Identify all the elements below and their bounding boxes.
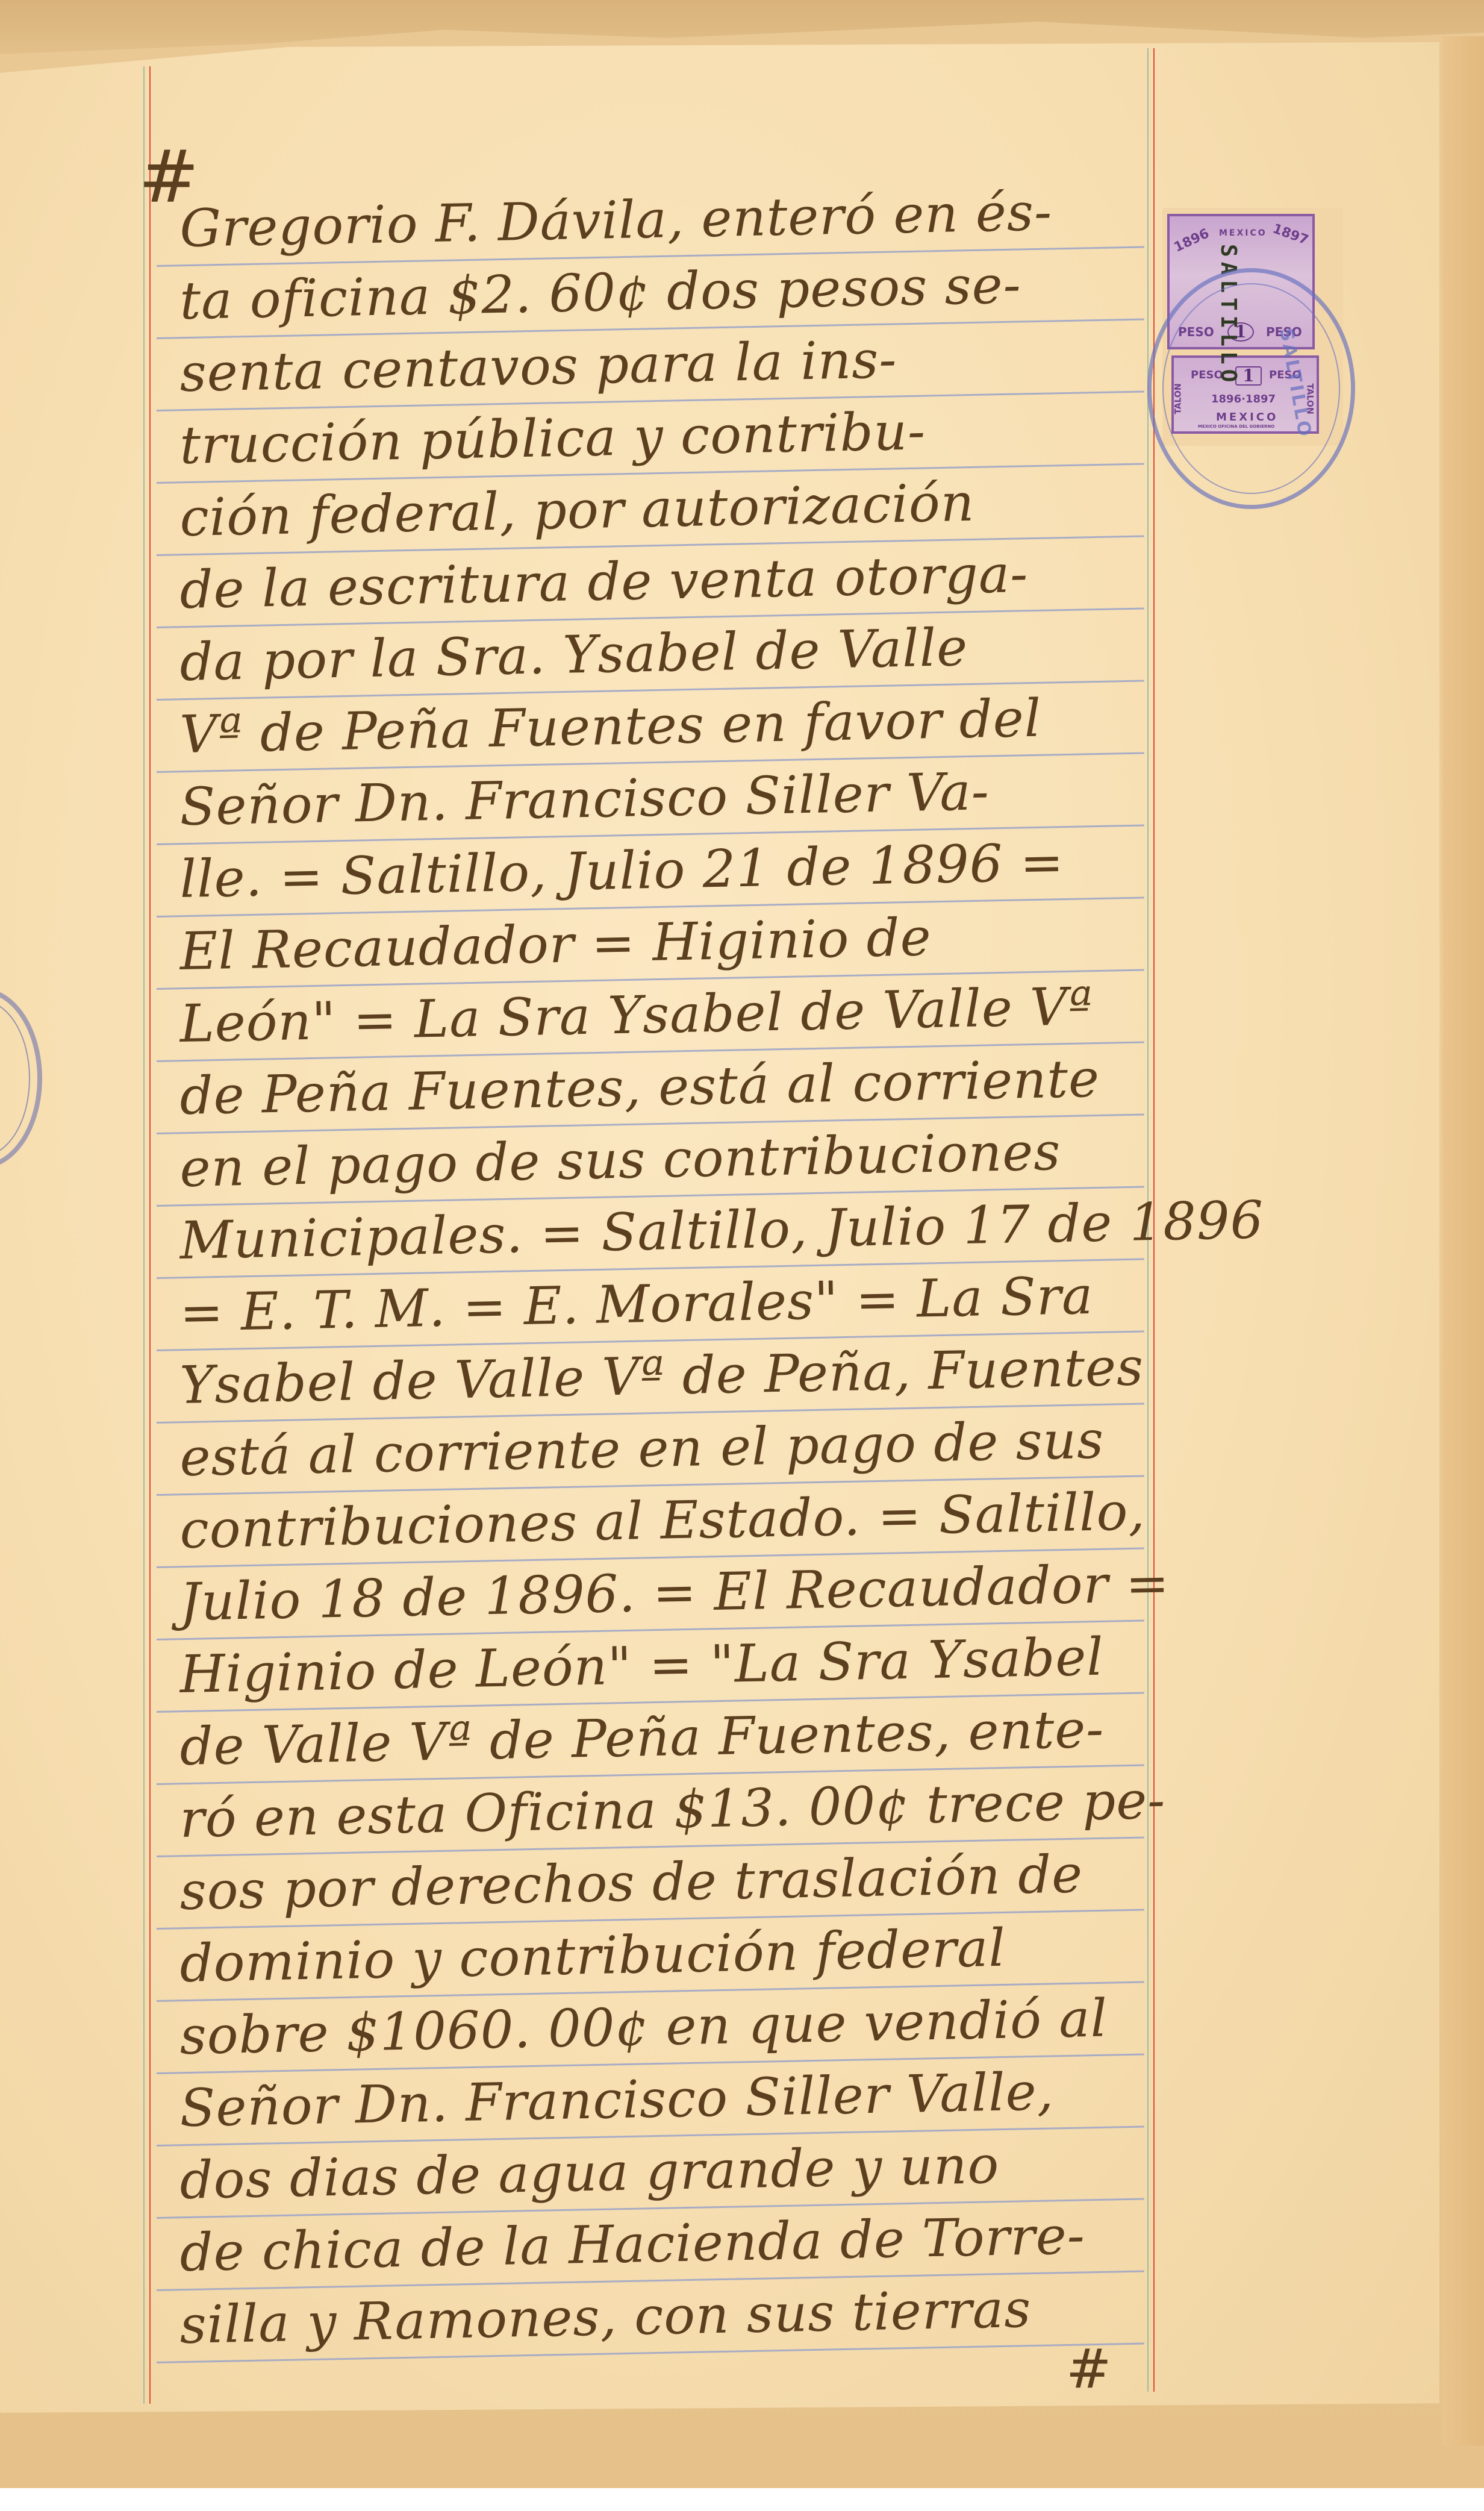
stamp-year-right: 1897 <box>1271 221 1311 248</box>
stamp-year-left: 1896 <box>1172 226 1212 255</box>
cancellation-seal: SALTILLO <box>1147 268 1355 509</box>
cancellation-seal-inner-ring <box>1162 283 1340 494</box>
right-backing-edge <box>1442 36 1484 2446</box>
left-margin-red-line <box>149 66 151 2404</box>
stamp-country: MEXICO <box>1219 228 1267 238</box>
left-margin-green-line <box>143 66 145 2404</box>
left-seal-inner-ring <box>0 1000 30 1157</box>
closing-hash-mark: # <box>1066 2337 1111 2401</box>
